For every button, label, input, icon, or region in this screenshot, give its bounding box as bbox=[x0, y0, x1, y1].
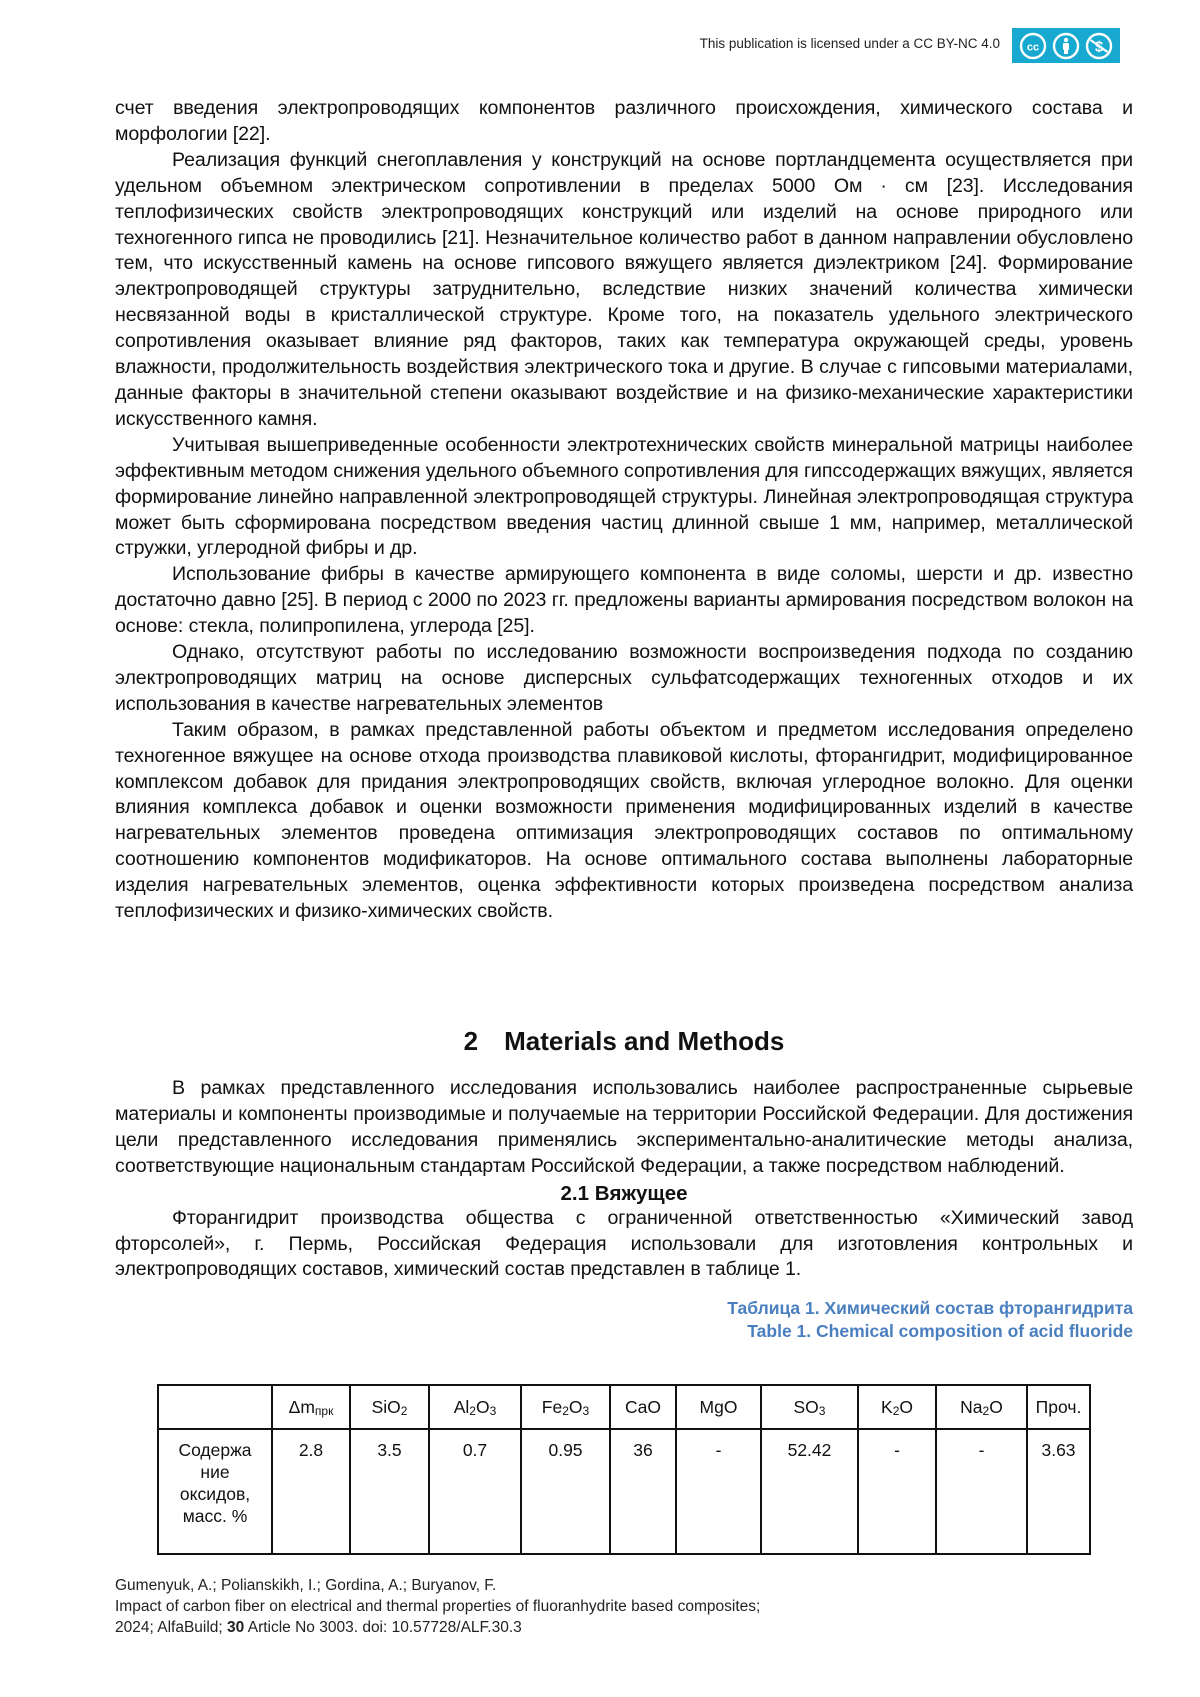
section-title: Materials and Methods bbox=[504, 1026, 784, 1056]
paragraph: Реализация функций снегоплавления у конс… bbox=[115, 148, 1133, 433]
no-dollar-icon: $ bbox=[1085, 32, 1113, 60]
paragraph: Фторангидрит производства общества с огр… bbox=[115, 1206, 1133, 1284]
table-header-empty bbox=[158, 1385, 272, 1429]
paragraph: Однако, отсутствуют работы по исследован… bbox=[115, 640, 1133, 718]
table-caption-en: Table 1. Chemical composition of acid fl… bbox=[115, 1320, 1133, 1343]
paragraph: В рамках представленного исследования ис… bbox=[115, 1076, 1133, 1180]
paragraph: счет введения электропроводящих компонен… bbox=[115, 96, 1133, 148]
table-header-cell: Al2O3 bbox=[429, 1385, 521, 1429]
subsection-heading: 2.1 Вяжущее bbox=[115, 1182, 1133, 1206]
citation-prefix: 2024; AlfaBuild; bbox=[115, 1619, 227, 1636]
table-row: Содержа ние оксидов, масс. % 2.83.50.70.… bbox=[158, 1429, 1090, 1554]
section-2-body: В рамках представленного исследования ис… bbox=[115, 1076, 1133, 1343]
table-header-cell: K2O bbox=[858, 1385, 936, 1429]
table-header-cell: Δmпрк bbox=[272, 1385, 350, 1429]
section-heading: 2Materials and Methods bbox=[115, 1026, 1133, 1057]
svg-text:cc: cc bbox=[1027, 41, 1039, 53]
table-cell: 2.8 bbox=[272, 1429, 350, 1554]
table-header-cell: SiO2 bbox=[350, 1385, 429, 1429]
paragraph: Учитывая вышеприведенные особенности эле… bbox=[115, 433, 1133, 563]
table-caption: Таблица 1. Химический состав фторангидри… bbox=[115, 1297, 1133, 1343]
license-notice: This publication is licensed under a CC … bbox=[560, 36, 1000, 51]
row-label: Содержа ние оксидов, масс. % bbox=[158, 1429, 272, 1554]
table-cell: 52.42 bbox=[761, 1429, 858, 1554]
paragraph: Использование фибры в качестве армирующе… bbox=[115, 562, 1133, 640]
table-cell: - bbox=[858, 1429, 936, 1554]
paragraph: Таким образом, в рамках представленной р… bbox=[115, 718, 1133, 925]
citation-suffix: Article No 3003. doi: 10.57728/ALF.30.3 bbox=[244, 1619, 521, 1636]
person-attribution-icon bbox=[1052, 32, 1080, 60]
table-cell: 3.5 bbox=[350, 1429, 429, 1554]
footer-citation: 2024; AlfaBuild; 30 Article No 3003. doi… bbox=[115, 1617, 760, 1638]
page-content: счет введения электропроводящих компонен… bbox=[115, 96, 1133, 925]
section-number: 2 bbox=[464, 1026, 478, 1056]
footer-title: Impact of carbon fiber on electrical and… bbox=[115, 1596, 760, 1617]
table-cell: 3.63 bbox=[1027, 1429, 1090, 1554]
footer-authors: Gumenyuk, A.; Polianskikh, I.; Gordina, … bbox=[115, 1575, 760, 1596]
citation-volume: 30 bbox=[227, 1619, 244, 1636]
table-header-cell: SO3 bbox=[761, 1385, 858, 1429]
table-caption-ru: Таблица 1. Химический состав фторангидри… bbox=[115, 1297, 1133, 1320]
table-cell: 36 bbox=[610, 1429, 676, 1554]
citation-footer: Gumenyuk, A.; Polianskikh, I.; Gordina, … bbox=[115, 1575, 760, 1638]
table-header-cell: CaO bbox=[610, 1385, 676, 1429]
table-header-cell: Проч. bbox=[1027, 1385, 1090, 1429]
cc-by-nc-badge[interactable]: cc $ bbox=[1012, 28, 1120, 63]
table-header-row: ΔmпркSiO2Al2O3Fe2O3CaOMgOSO3K2ONa2OПроч. bbox=[158, 1385, 1090, 1429]
cc-icon: cc bbox=[1019, 32, 1047, 60]
table-cell: - bbox=[936, 1429, 1027, 1554]
intro-section: счет введения электропроводящих компонен… bbox=[115, 96, 1133, 925]
table-header-cell: Na2O bbox=[936, 1385, 1027, 1429]
table-cell: - bbox=[676, 1429, 761, 1554]
table-cell: 0.95 bbox=[521, 1429, 610, 1554]
table-header-cell: MgO bbox=[676, 1385, 761, 1429]
table-cell: 0.7 bbox=[429, 1429, 521, 1554]
table-header-cell: Fe2O3 bbox=[521, 1385, 610, 1429]
chemical-composition-table: ΔmпркSiO2Al2O3Fe2O3CaOMgOSO3K2ONa2OПроч.… bbox=[157, 1384, 1091, 1555]
